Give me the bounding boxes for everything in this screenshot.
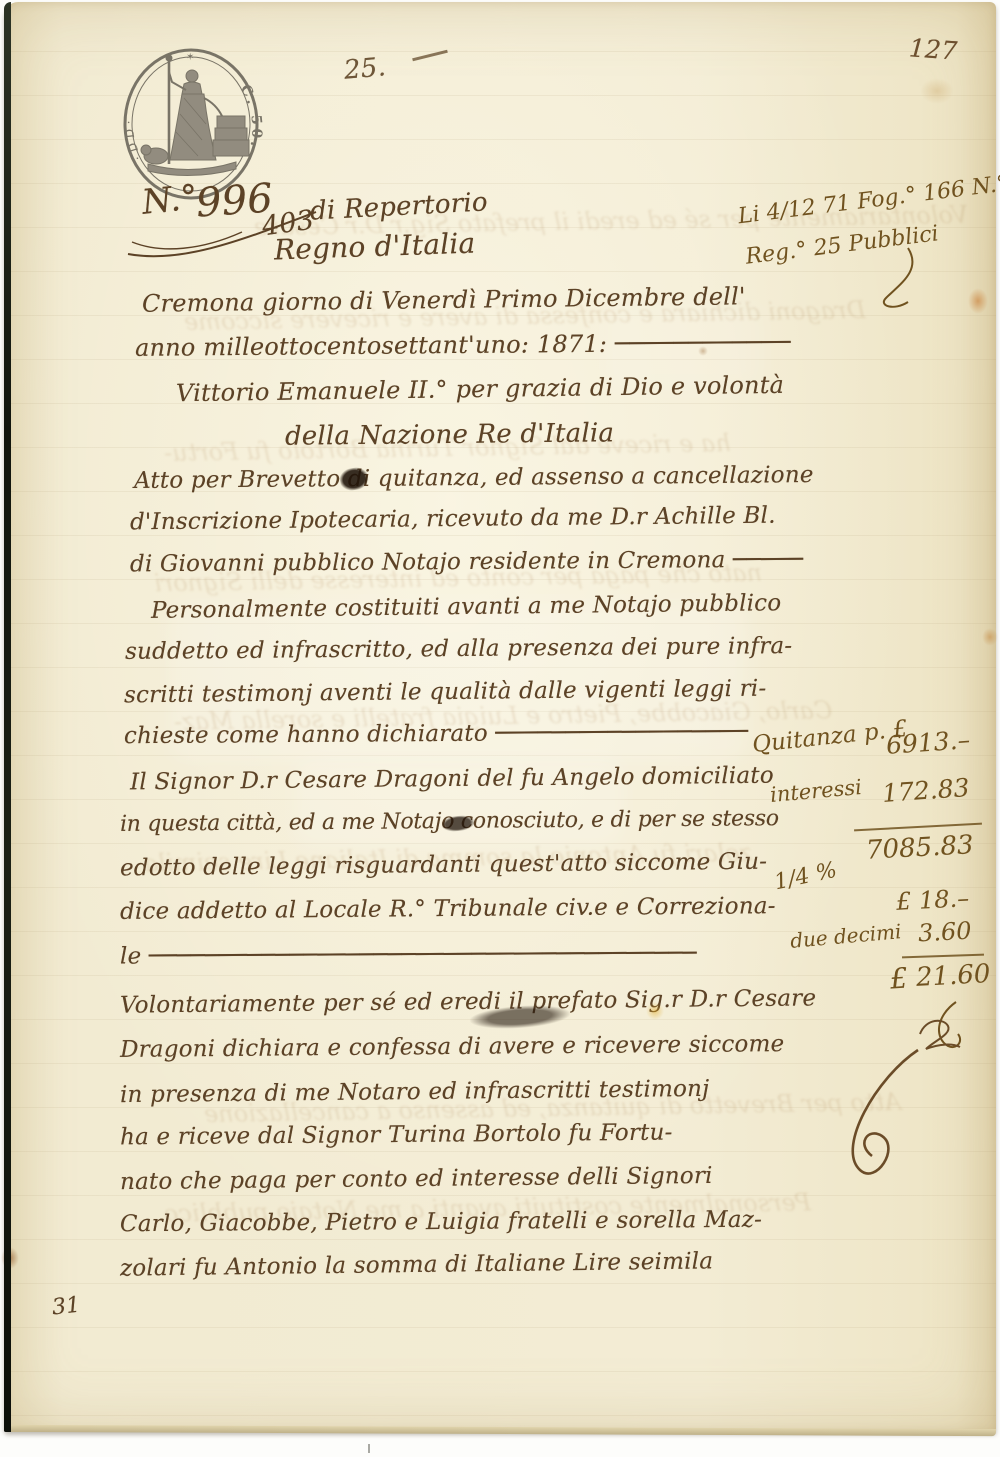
manuscript-line: Carlo, Giacobbe, Pietro e Luigia fratell…: [120, 1207, 762, 1237]
manuscript-line: di Giovanni pubblico Notajo residente in…: [130, 547, 803, 578]
manuscript-line: anno milleottocentosettant'uno: 1871: ──…: [135, 328, 791, 362]
ink-flourish: [866, 244, 926, 314]
margin-rate-value: £ 18.–: [895, 884, 969, 916]
foxing-spot: [646, 1002, 664, 1020]
foxing-spot: [968, 288, 988, 314]
foxing-spot: [920, 78, 954, 104]
kingdom-title: Regno d'Italia: [273, 226, 475, 266]
manuscript-line: ha e riceve dal Signor Turina Bortolo fu…: [120, 1120, 673, 1151]
scanned-document: Volontariamente per sé ed eredi il prefa…: [0, 0, 1000, 1457]
pencil-number: 25.: [343, 52, 387, 86]
scan-artifact: [368, 1444, 370, 1453]
foxing-spot: [982, 628, 998, 646]
margin-total-currency: £: [889, 961, 909, 995]
foxing-spot: [698, 346, 708, 356]
margin-quittance-value: 6913.–: [885, 725, 971, 760]
svg-text:✶: ✶: [186, 52, 194, 63]
binding-edge: [4, 2, 11, 1432]
margin-interest-value: 172.83: [881, 773, 970, 808]
margin-total-value: 21.60: [915, 959, 991, 993]
manuscript-line: chieste come hanno dichiarato ──────────…: [124, 719, 748, 749]
manuscript-line: le ─────────────────────────────────────…: [120, 940, 697, 969]
paper: Volontariamente per sé ed eredi il prefa…: [4, 2, 996, 1432]
margin-subtotal: 7085.83: [865, 830, 974, 866]
manuscript-line: della Nazione Re d'Italia: [285, 418, 614, 451]
folio-number-bottom: 31: [51, 1293, 82, 1321]
folio-number-top: 127: [908, 33, 958, 65]
stamp-figure: ✶: [141, 52, 249, 176]
ink-paraph: [830, 1042, 946, 1192]
margin-decimi-value: 3.60: [917, 917, 972, 948]
